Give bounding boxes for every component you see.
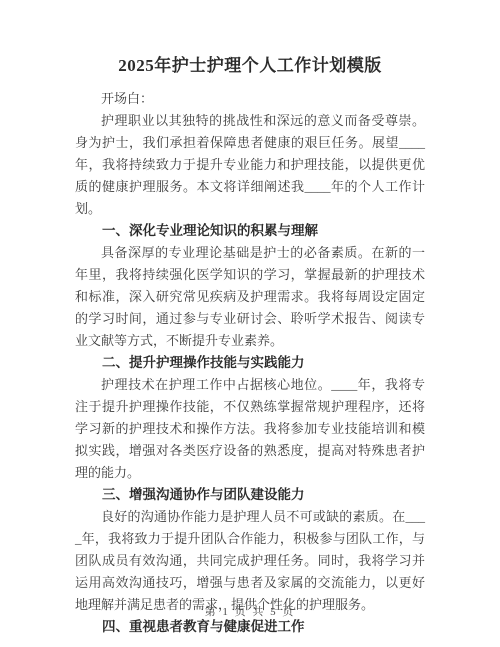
section-3-body: 良好的沟通协作能力是护理人员不可或缺的素质。在____年，我将致力于提升团队合作… — [75, 506, 425, 616]
section-3-heading: 三、增强沟通协作与团队建设能力 — [75, 484, 425, 506]
document-content: 2025年护士护理个人工作计划模版 开场白： 护理职业以其独特的挑战性和深远的意… — [75, 54, 425, 638]
document-page: 2025年护士护理个人工作计划模版 开场白： 护理职业以其独特的挑战性和深远的意… — [0, 0, 500, 647]
page-number-indicator: 第 1 页 共 5 页 — [0, 605, 500, 619]
section-1-heading: 一、深化专业理论知识的积累与理解 — [75, 220, 425, 242]
section-2-body: 护理技术在护理工作中占据核心地位。____年，我将专注于提升护理操作技能，不仅熟… — [75, 374, 425, 484]
opening-label: 开场白： — [75, 88, 425, 110]
opening-paragraph: 护理职业以其独特的挑战性和深远的意义而备受尊崇。身为护士，我们承担着保障患者健康… — [75, 110, 425, 220]
section-1-body: 具备深厚的专业理论基础是护士的必备素质。在新的一年里，我将持续强化医学知识的学习… — [75, 242, 425, 352]
section-4-heading: 四、重视患者教育与健康促进工作 — [75, 616, 425, 638]
document-title: 2025年护士护理个人工作计划模版 — [75, 54, 425, 78]
section-2-heading: 二、提升护理操作技能与实践能力 — [75, 352, 425, 374]
